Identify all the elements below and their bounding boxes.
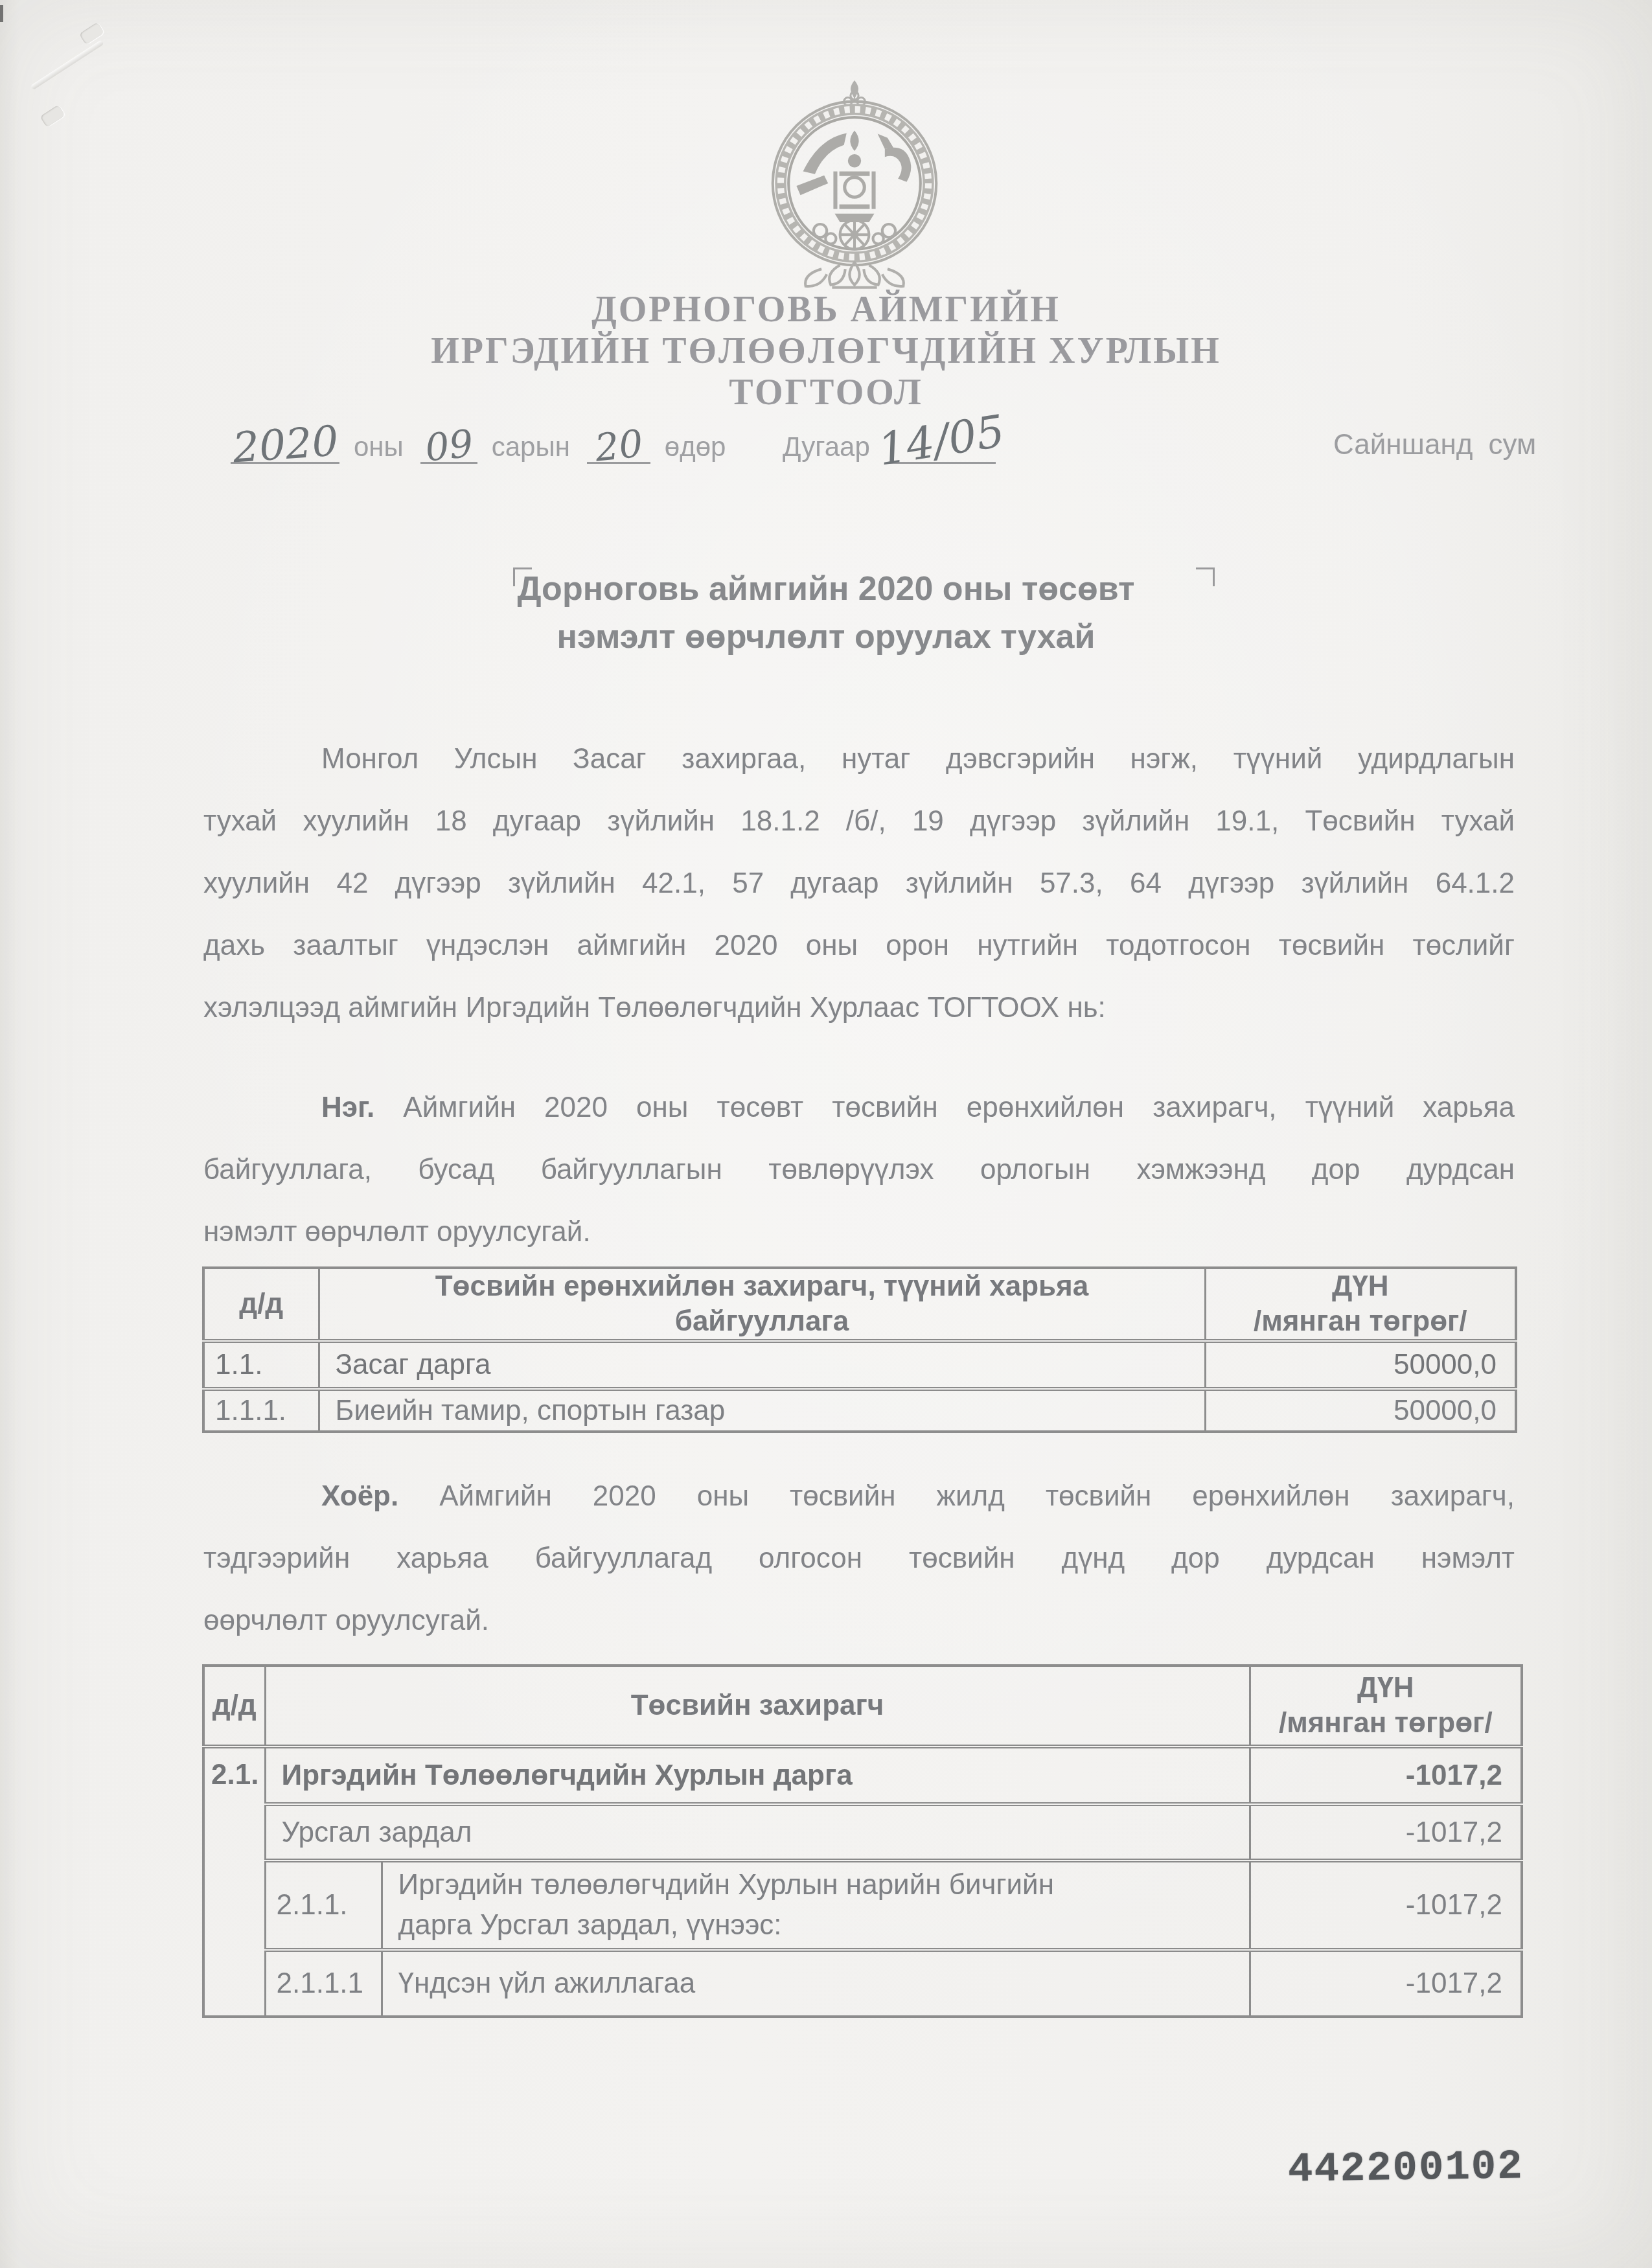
mongolia-state-emblem-icon [755,78,954,295]
paragraph-line: дахь заалтыг үндэслэн аймгийн 2020 оны о… [203,915,1515,977]
paragraph-line: тэдгээрийн харьяа байгууллагад олгосон т… [203,1528,1515,1590]
registration-stamp-number: 442200102 [1288,2144,1524,2194]
paragraph-line: Монгол Улсын Засаг захиргаа, нутаг дэвсг… [203,728,1515,790]
header-amount: ДҮН /мянган төгрөг/ [1250,1666,1522,1747]
row-amount: 50000,0 [1205,1341,1516,1389]
row-amount: -1017,2 [1250,1861,1522,1950]
table-budget-income: д/д Төсвийн ерөнхийлөн захирагч, түүний … [202,1266,1517,1433]
header-name: Төсвийн захирагч [265,1666,1250,1747]
table-header-row: д/д Төсвийн захирагч ДҮН /мянган төгрөг/ [203,1666,1522,1747]
scan-edge-mark [0,5,3,22]
document-number-group: Дугаар 14/05 [783,415,996,464]
row-sub-num: 2.1.1.1 [265,1950,382,2017]
scanned-resolution-page: ДОРНОГОВЬ АЙМГИЙН ИРГЭДИЙН ТӨЛӨӨЛӨГЧДИЙН… [0,0,1652,2268]
paragraph-line: Нэг. Аймгийн 2020 оны төсөвт төсвийн ерө… [203,1077,1515,1139]
month-blank: 09 [420,415,477,464]
table-row: 1.1. Засаг дарга 50000,0 [203,1341,1516,1389]
table-row: 2.1.1.1 Үндсэн үйл ажиллагаа -1017,2 [203,1950,1522,2017]
day-blank: 20 [587,415,650,464]
clause-two-text: Аймгийн 2020 оны төсвийн жилд төсвийн ер… [439,1480,1515,1512]
year-label: оны [354,431,404,463]
handwritten-month: 09 [423,424,474,466]
row-name: Иргэдийн Төлөөлөгчдийн Хурлын дарга [265,1747,1250,1804]
group-num: 2.1. [203,1747,265,2017]
row-amount: 50000,0 [1205,1389,1516,1432]
row-name: Иргэдийн төлөөлөгчдийн Хурлын нарийн бич… [382,1861,1250,1950]
row-name: Урсгал зардал [265,1804,1250,1861]
header-num: д/д [203,1268,319,1341]
clause-one-lead: Нэг. [321,1092,374,1123]
org-title-line2: ИРГЭДИЙН ТӨЛӨӨЛӨГЧДИЙН ХУРЛЫН [0,330,1652,372]
table-header-row: д/д Төсвийн ерөнхийлөн захирагч, түүний … [203,1268,1516,1341]
table-row: 1.1.1. Биеийн тамир, спортын газар 50000… [203,1389,1516,1432]
intro-paragraph: Монгол Улсын Засаг захиргаа, нутаг дэвсг… [203,728,1515,1039]
subject-line2: нэмэлт өөрчлөлт оруулах тухай [0,613,1652,661]
table-row: 2.1. Иргэдийн Төлөөлөгчдийн Хурлын дарга… [203,1747,1522,1804]
row-amount: -1017,2 [1250,1804,1522,1861]
table-row: 2.1.1. Иргэдийн төлөөлөгчдийн Хурлын нар… [203,1861,1522,1950]
number-label: Дугаар [783,431,870,463]
paragraph-line: хуулийн 42 дүгээр зүйлийн 42.1, 57 дугаа… [203,853,1515,915]
row-amount: -1017,2 [1250,1747,1522,1804]
paragraph-line: өөрчлөлт оруулсугай. [203,1590,1515,1652]
row-sub-num: 2.1.1. [265,1861,382,1950]
month-label: сарын [492,431,570,463]
handwritten-day: 20 [593,424,645,466]
subject-line1: Дорноговь аймгийн 2020 оны төсөвт [0,565,1652,613]
header-name: Төсвийн ерөнхийлөн захирагч, түүний харь… [319,1268,1205,1341]
year-blank: 2020 [231,415,339,464]
place-name: Сайншанд сум [1333,429,1536,461]
clause-two-paragraph: Хоёр. Аймгийн 2020 оны төсвийн жилд төсв… [203,1465,1515,1652]
number-blank: 14/05 [887,415,996,464]
header-amount: ДҮН /мянган төгрөг/ [1205,1268,1516,1341]
row-num: 1.1. [203,1341,319,1389]
date-left-group: 2020 оны 09 сарын 20 өдөр [231,415,742,464]
organization-title: ДОРНОГОВЬ АЙМГИЙН ИРГЭДИЙН ТӨЛӨӨЛӨГЧДИЙН… [0,289,1652,413]
document-subject: Дорноговь аймгийн 2020 оны төсөвт нэмэлт… [0,565,1652,661]
day-label: өдөр [665,431,726,463]
paragraph-line: байгууллага, бусад байгууллагын төвлөрүү… [203,1139,1515,1201]
row-amount: -1017,2 [1250,1950,1522,2017]
paragraph-line: нэмэлт өөрчлөлт оруулсугай. [203,1201,1515,1263]
staple-impression [1,0,157,148]
org-title-line3: ТОГТООЛ [0,372,1652,413]
row-name: Үндсэн үйл ажиллагаа [382,1950,1250,2017]
row-name: Засаг дарга [319,1341,1205,1389]
date-line: 2020 оны 09 сарын 20 өдөр Дугаар 14/05 С… [0,415,1652,486]
paragraph-line: хэлэлцээд аймгийн Иргэдийн Төлөөлөгчдийн… [203,977,1515,1039]
row-name: Биеийн тамир, спортын газар [319,1389,1205,1432]
handwritten-number: 14/05 [875,409,1007,473]
paragraph-line: тухай хуулийн 18 дугаар зүйлийн 18.1.2 /… [203,790,1515,853]
clause-one-text: Аймгийн 2020 оны төсөвт төсвийн ерөнхийл… [403,1092,1515,1123]
org-title-line1: ДОРНОГОВЬ АЙМГИЙН [0,289,1652,330]
clause-two-lead: Хоёр. [321,1480,398,1512]
header-num: д/д [203,1666,265,1747]
row-num: 1.1.1. [203,1389,319,1432]
table-budget-expense: д/д Төсвийн захирагч ДҮН /мянган төгрөг/… [202,1664,1523,2018]
clause-one-paragraph: Нэг. Аймгийн 2020 оны төсөвт төсвийн ерө… [203,1077,1515,1263]
table-row: Урсгал зардал -1017,2 [203,1804,1522,1861]
handwritten-year: 2020 [231,420,339,469]
paragraph-line: Хоёр. Аймгийн 2020 оны төсвийн жилд төсв… [203,1465,1515,1528]
